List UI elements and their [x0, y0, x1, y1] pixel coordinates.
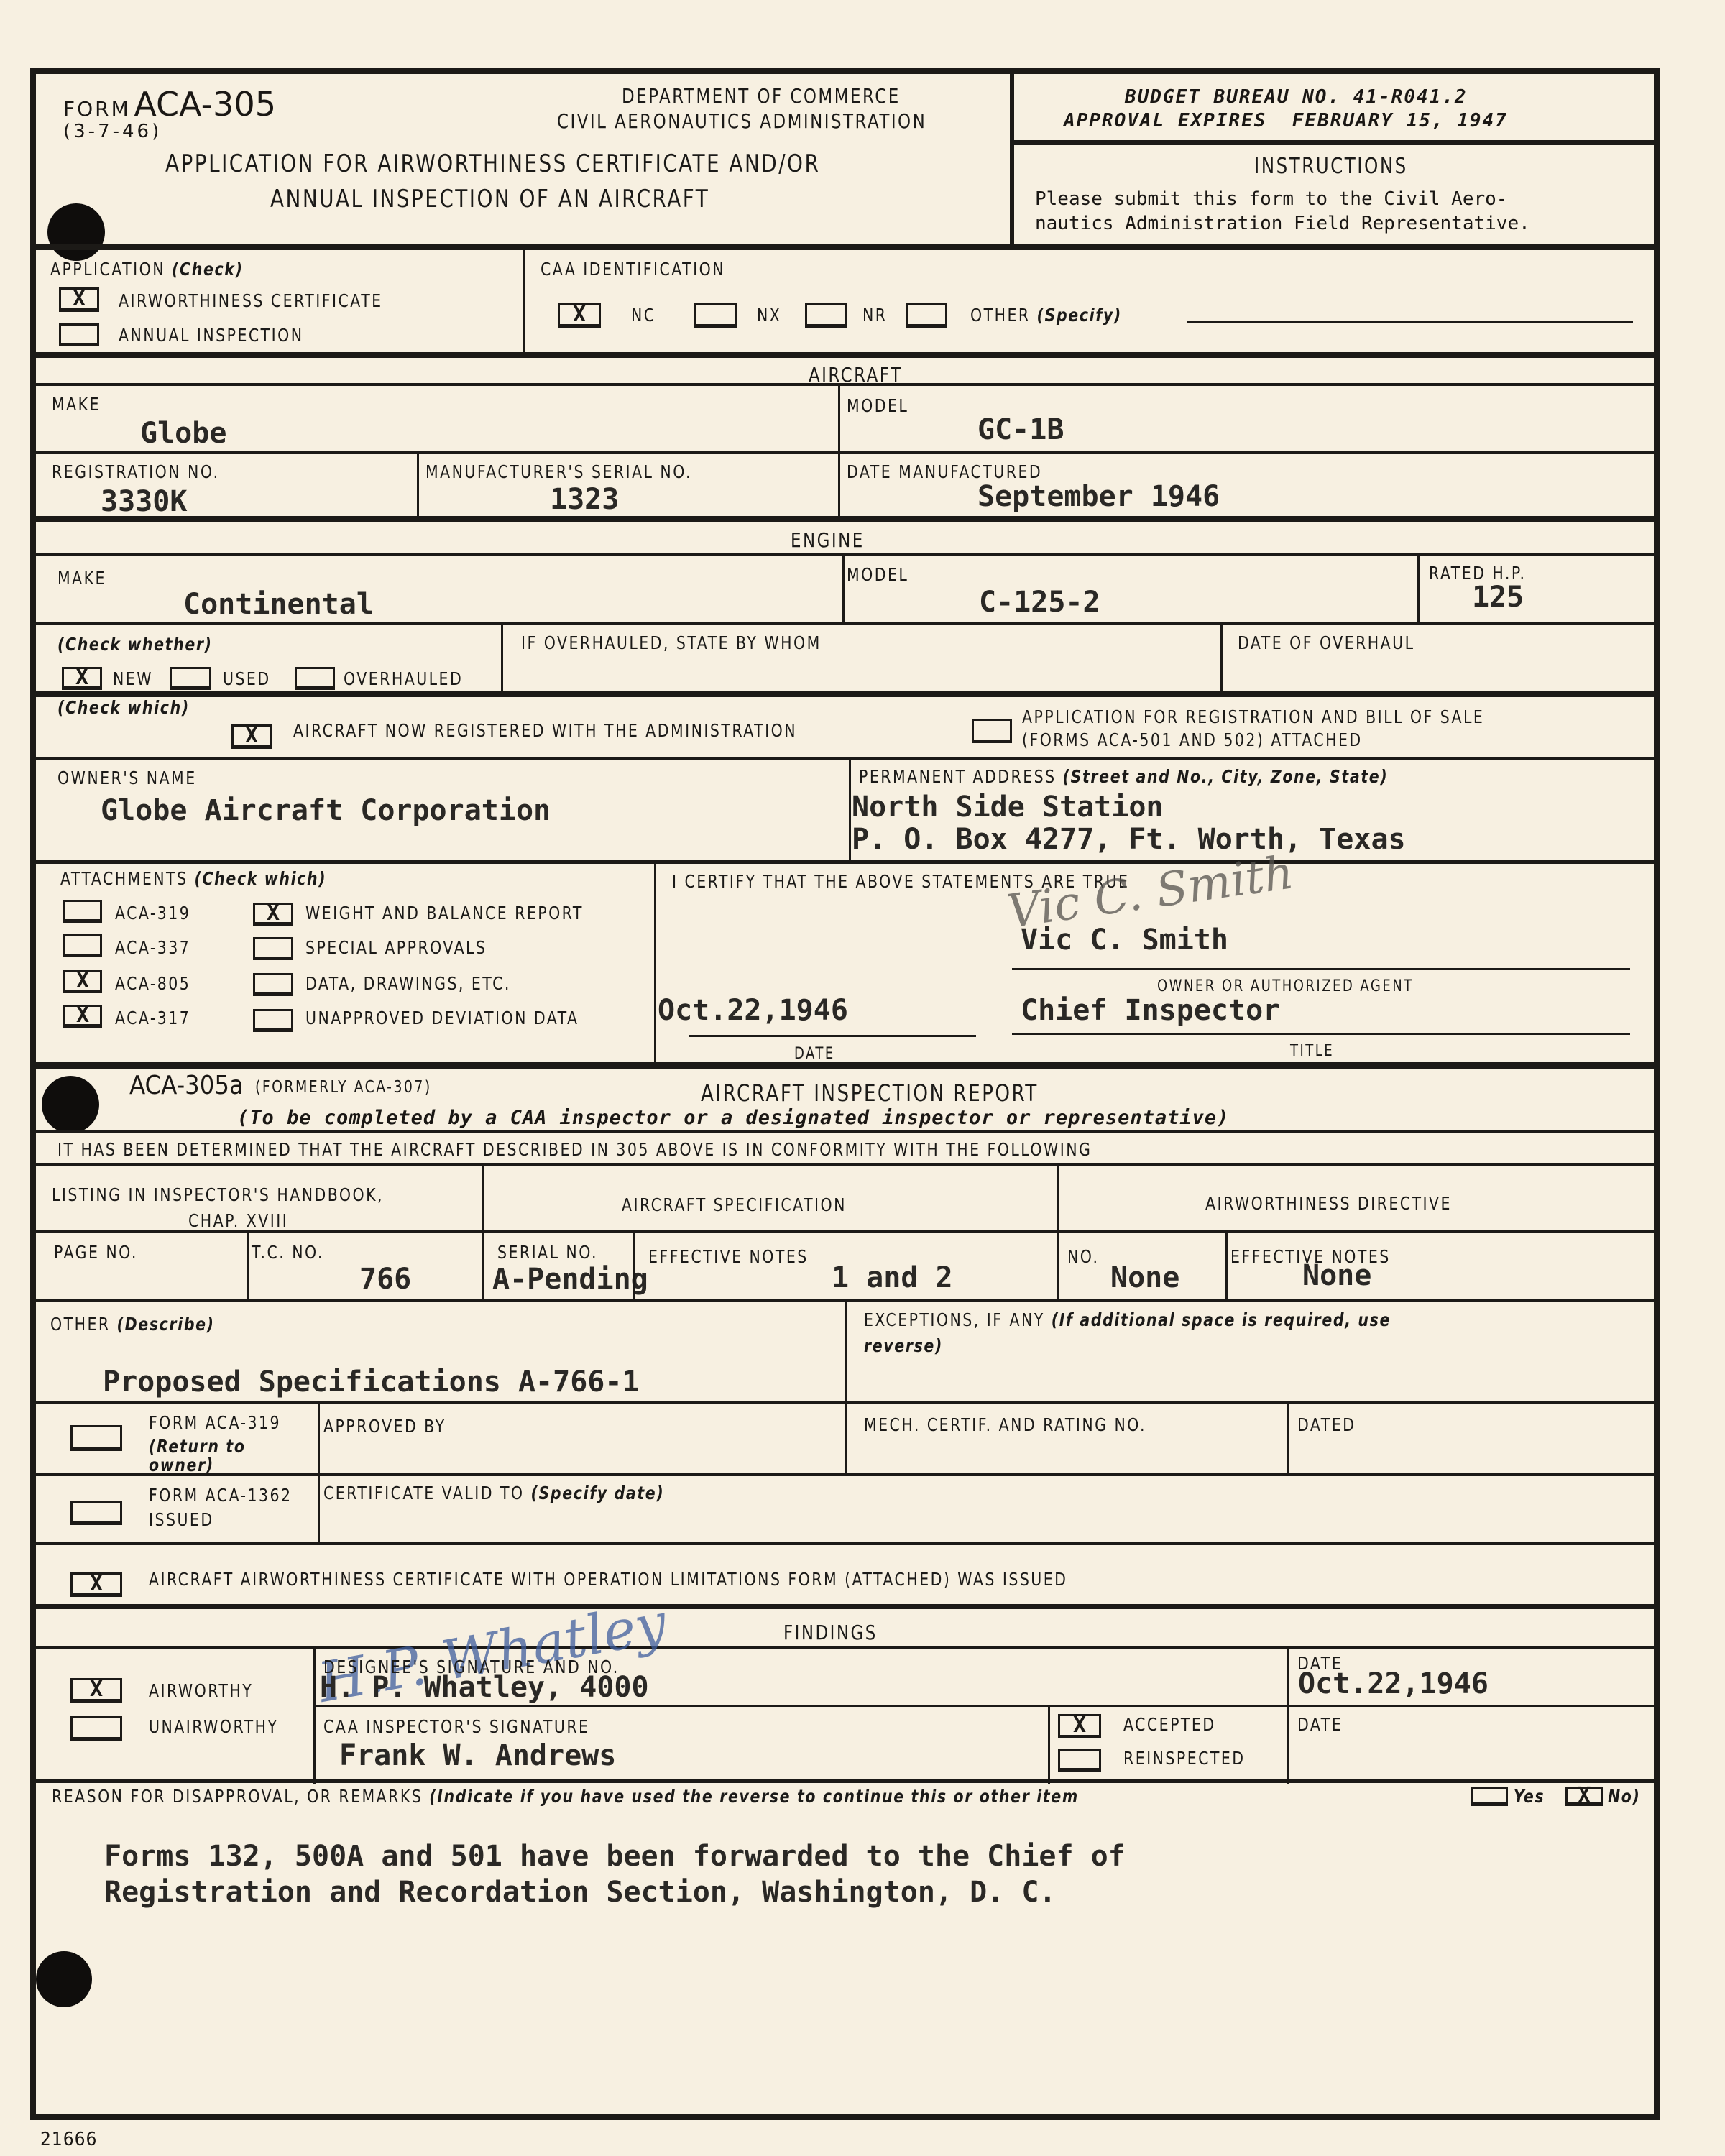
nr-label: NR: [862, 305, 888, 326]
divider: [30, 1401, 1660, 1404]
engine-section-title: ENGINE: [791, 528, 865, 552]
divider: [523, 248, 525, 356]
other-describe-value[interactable]: Proposed Specifications A-766-1: [103, 1365, 640, 1399]
application-attached-checkbox[interactable]: [972, 719, 1012, 743]
other-label: OTHER (Specify): [970, 305, 1122, 326]
divider: [30, 352, 1660, 358]
divider: [501, 623, 503, 695]
nx-checkbox[interactable]: [694, 303, 737, 328]
spec-effective-notes-label: EFFECTIVE NOTES: [648, 1246, 809, 1267]
tc-no-label: T.C. NO.: [252, 1242, 324, 1263]
approval-expires: APPROVAL EXPIRES FEBRUARY 15, 1947: [1064, 110, 1508, 132]
form-prefix: FORM: [63, 97, 131, 121]
annual-inspection-checkbox[interactable]: [59, 323, 99, 346]
instructions-line2: nautics Administration Field Representat…: [1035, 213, 1530, 234]
department-name: DEPARTMENT OF COMMERCE: [622, 84, 901, 108]
title-caption: TITLE: [1290, 1042, 1334, 1060]
new-label: NEW: [113, 668, 153, 689]
airworthiness-certificate-checkbox[interactable]: [59, 287, 99, 312]
owner-name-label: OWNER'S NAME: [57, 768, 197, 788]
attachment-aca-317-label: ACA-317: [115, 1008, 190, 1028]
airworthiness-directive-label: AIRWORTHINESS DIRECTIVE: [1205, 1193, 1452, 1214]
document-number: 21666: [40, 2129, 97, 2150]
divider: [30, 553, 1660, 556]
annual-inspection-label: ANNUAL INSPECTION: [119, 325, 304, 346]
overhauled-checkbox[interactable]: [295, 667, 335, 690]
airworthiness-certificate-label: AIRWORTHINESS CERTIFICATE: [119, 290, 383, 311]
divider: [1048, 1707, 1050, 1784]
certificate-issued-checkbox[interactable]: [70, 1572, 122, 1597]
punch-hole-bottom: [36, 1951, 92, 2007]
form-aca-1362-checkbox[interactable]: [70, 1501, 122, 1525]
engine-condition-label: (Check whether): [57, 634, 213, 655]
dated-label: DATED: [1297, 1414, 1356, 1435]
divider: [838, 384, 840, 451]
form-aca-319-return: (Return to: [149, 1436, 246, 1457]
form-aca-319-owner: owner): [149, 1455, 214, 1475]
certification-date-value[interactable]: Oct.22,1946: [658, 994, 848, 1027]
address-line1[interactable]: North Side Station: [852, 791, 1163, 824]
divider: [30, 1779, 1660, 1783]
aircraft-specification-label: AIRCRAFT SPECIFICATION: [622, 1194, 847, 1215]
date-manufactured-value[interactable]: September 1946: [977, 480, 1220, 513]
divider: [30, 757, 1660, 760]
inspection-report-subtitle: (To be completed by a CAA inspector or a…: [237, 1107, 1229, 1129]
tc-no-value[interactable]: 766: [359, 1263, 411, 1296]
exceptions-hint-line2: reverse): [864, 1335, 943, 1356]
permanent-address-label: PERMANENT ADDRESS (Street and No., City,…: [859, 766, 1388, 787]
divider: [1220, 623, 1223, 695]
attachment-aca-319-checkbox[interactable]: [63, 900, 102, 923]
certification-title-value[interactable]: Chief Inspector: [1021, 994, 1280, 1027]
overhaul-date-label: DATE OF OVERHAUL: [1238, 632, 1415, 653]
section-divider: [30, 1062, 1660, 1069]
administration-name: CIVIL AERONAUTICS ADMINISTRATION: [557, 109, 926, 133]
divider: [1287, 1647, 1289, 1784]
address-line2[interactable]: P. O. Box 4277, Ft. Worth, Texas: [852, 823, 1406, 856]
divider: [30, 1473, 1660, 1476]
manufacturer-serial-value[interactable]: 1323: [550, 483, 619, 516]
attachment-aca-805-checkbox[interactable]: [63, 970, 102, 993]
nc-label: NC: [631, 305, 656, 326]
attachment-aca-337-checkbox[interactable]: [63, 934, 102, 957]
engine-make-label: MAKE: [57, 568, 106, 589]
divider: [313, 1647, 316, 1784]
special-approvals-label: SPECIAL APPROVALS: [305, 937, 487, 958]
divider: [30, 1542, 1660, 1545]
inspection-form-formerly: (FORMERLY ACA-307): [255, 1078, 432, 1097]
overhauled-label: OVERHAULED: [344, 668, 463, 689]
owner-name-value[interactable]: Globe Aircraft Corporation: [101, 794, 551, 827]
nx-label: NX: [757, 305, 781, 326]
attachment-aca-317-checkbox[interactable]: [63, 1005, 102, 1028]
signer-name-value[interactable]: Vic C. Smith: [1021, 923, 1228, 957]
spec-effective-notes-value[interactable]: 1 and 2: [832, 1261, 953, 1294]
form-aca-319-checkbox[interactable]: [70, 1425, 122, 1451]
aircraft-registered-checkbox[interactable]: [231, 724, 272, 749]
directive-no-label: NO.: [1067, 1246, 1100, 1267]
divider: [1010, 68, 1014, 248]
divider: [849, 758, 851, 862]
airworthy-label: AIRWORTHY: [149, 1680, 253, 1701]
weight-balance-label: WEIGHT AND BALANCE REPORT: [305, 903, 584, 923]
punch-hole-top: [47, 203, 105, 261]
reinspected-label: REINSPECTED: [1123, 1748, 1246, 1769]
airworthy-checkbox[interactable]: [70, 1678, 122, 1703]
conformity-statement: IT HAS BEEN DETERMINED THAT THE AIRCRAFT…: [57, 1139, 1092, 1160]
form-number: FORM ACA-305: [63, 85, 276, 124]
directive-effective-notes-value[interactable]: None: [1302, 1259, 1371, 1292]
aircraft-model-value[interactable]: GC-1B: [977, 413, 1064, 446]
divider: [838, 453, 840, 517]
divider: [30, 451, 1660, 454]
divider: [30, 691, 1660, 697]
divider: [842, 555, 845, 623]
divider: [247, 1232, 249, 1301]
accepted-label: ACCEPTED: [1123, 1714, 1216, 1735]
divider: [654, 862, 656, 1064]
registration-status-label: (Check which): [57, 697, 190, 718]
used-label: USED: [223, 668, 271, 689]
divider: [30, 516, 1660, 522]
form-aca-1362-issued: ISSUED: [149, 1509, 214, 1530]
remarks-yes-checkbox[interactable]: [1471, 1787, 1508, 1806]
used-checkbox[interactable]: [170, 667, 211, 690]
inspector-date-label: DATE: [1297, 1714, 1343, 1735]
findings-section-title: FINDINGS: [783, 1621, 878, 1644]
divider: [1287, 1403, 1289, 1475]
divider: [30, 1130, 1660, 1133]
approved-by-label: APPROVED BY: [323, 1416, 446, 1437]
new-checkbox[interactable]: [62, 667, 102, 690]
remarks-line2[interactable]: Registration and Recordation Section, Wa…: [104, 1876, 1057, 1909]
remarks-label: REASON FOR DISAPPROVAL, OR REMARKS (Indi…: [52, 1786, 1079, 1807]
aircraft-make-value[interactable]: Globe: [140, 417, 226, 450]
other-checkbox[interactable]: [906, 303, 947, 328]
form-date: (3-7-46): [63, 121, 162, 142]
form-aca-319-label: FORM ACA-319: [149, 1412, 281, 1433]
engine-model-label: MODEL: [847, 564, 908, 585]
signer-caption: OWNER OR AUTHORIZED AGENT: [1157, 977, 1414, 995]
divider: [30, 383, 1660, 386]
form-number-value: ACA-305: [134, 85, 276, 124]
aircraft-make-label: MAKE: [52, 394, 101, 415]
divider: [845, 1301, 847, 1473]
caa-inspector-signature-label: CAA INSPECTOR'S SIGNATURE: [323, 1716, 589, 1737]
aircraft-registered-label: AIRCRAFT NOW REGISTERED WITH THE ADMINIS…: [293, 720, 797, 741]
signature-line: [1012, 968, 1630, 970]
form-aca-1362-label: FORM ACA-1362: [149, 1485, 292, 1506]
exceptions-label: EXCEPTIONS, IF ANY (If additional space …: [864, 1309, 1391, 1330]
rated-hp-value[interactable]: 125: [1472, 581, 1524, 614]
application-attached-line1: APPLICATION FOR REGISTRATION AND BILL OF…: [1022, 706, 1484, 727]
manufacturer-serial-label: MANUFACTURER'S SERIAL NO.: [425, 461, 692, 482]
overhauled-by-label: IF OVERHAULED, STATE BY WHOM: [521, 632, 822, 653]
inspection-form-number: ACA-305a: [129, 1071, 244, 1100]
certificate-valid-to-label: CERTIFICATE VALID TO (Specify date): [323, 1483, 664, 1503]
other-describe-label: OTHER (Describe): [50, 1314, 215, 1335]
remarks-no-label: No): [1608, 1786, 1641, 1807]
attachment-aca-337-label: ACA-337: [115, 937, 190, 958]
nc-checkbox[interactable]: [558, 303, 601, 328]
application-label: APPLICATION (Check): [50, 259, 244, 280]
divider: [1417, 555, 1420, 623]
title-line: [1012, 1033, 1630, 1035]
remarks-yes-label: Yes: [1514, 1786, 1545, 1807]
unapproved-deviation-checkbox[interactable]: [253, 1009, 293, 1032]
nr-checkbox[interactable]: [805, 303, 847, 328]
divider: [30, 1163, 1660, 1166]
listing-label-line1: LISTING IN INSPECTOR'S HANDBOOK,: [52, 1184, 384, 1205]
registration-value[interactable]: 3330K: [101, 485, 187, 518]
inspection-report-title: AIRCRAFT INSPECTION REPORT: [701, 1079, 1039, 1107]
form-title-line2: ANNUAL INSPECTION OF AN AIRCRAFT: [270, 185, 709, 213]
serial-no-value[interactable]: A-Pending: [492, 1263, 648, 1296]
divider: [30, 244, 1660, 250]
divider: [30, 1604, 1660, 1609]
registration-label: REGISTRATION NO.: [52, 461, 220, 482]
data-drawings-label: DATA, DRAWINGS, ETC.: [305, 973, 511, 994]
special-approvals-checkbox[interactable]: [253, 937, 293, 960]
directive-no-value[interactable]: None: [1110, 1261, 1179, 1294]
listing-label-line2: CHAP. XVIII: [188, 1210, 288, 1231]
engine-make-value[interactable]: Continental: [183, 588, 374, 621]
remarks-no-checkbox[interactable]: [1565, 1787, 1603, 1806]
instructions-line1: Please submit this form to the Civil Aer…: [1035, 188, 1507, 210]
page-no-label: PAGE NO.: [54, 1242, 138, 1263]
attachments-label: ATTACHMENTS (Check which): [60, 868, 326, 889]
designee-value[interactable]: H. P. Whatley, 4000: [320, 1671, 649, 1704]
unapproved-deviation-label: UNAPPROVED DEVIATION DATA: [305, 1008, 579, 1028]
punch-hole-middle: [42, 1076, 99, 1133]
date-line: [689, 1035, 976, 1037]
divider: [30, 1646, 1660, 1649]
accepted-checkbox[interactable]: [1058, 1714, 1101, 1738]
form-title-line1: APPLICATION FOR AIRWORTHINESS CERTIFICAT…: [165, 149, 820, 178]
divider: [1010, 140, 1660, 145]
other-specify-input[interactable]: [1187, 321, 1633, 323]
divider: [30, 860, 1660, 864]
weight-balance-checkbox[interactable]: [253, 903, 293, 926]
certificate-issued-label: AIRCRAFT AIRWORTHINESS CERTIFICATE WITH …: [149, 1569, 1067, 1590]
instructions-title: INSTRUCTIONS: [1254, 154, 1408, 179]
serial-no-label: SERIAL NO.: [497, 1242, 598, 1263]
data-drawings-checkbox[interactable]: [253, 973, 293, 996]
unairworthy-label: UNAIRWORTHY: [149, 1716, 279, 1737]
caa-inspector-value[interactable]: Frank W. Andrews: [339, 1739, 616, 1772]
divider: [30, 622, 1660, 625]
application-attached-line2: (FORMS ACA-501 AND 502) ATTACHED: [1022, 729, 1363, 750]
remarks-line1[interactable]: Forms 132, 500A and 501 have been forwar…: [104, 1840, 1126, 1873]
aircraft-model-label: MODEL: [847, 395, 908, 416]
divider: [313, 1705, 1660, 1707]
date-manufactured-label: DATE MANUFACTURED: [847, 461, 1042, 482]
designee-date-value[interactable]: Oct.22,1946: [1298, 1667, 1489, 1700]
budget-bureau-number: BUDGET BUREAU NO. 41-R041.2: [1125, 86, 1468, 108]
divider: [632, 1232, 635, 1301]
caa-identification-label: CAA IDENTIFICATION: [540, 259, 725, 280]
divider: [30, 1230, 1660, 1233]
attachment-aca-805-label: ACA-805: [115, 973, 190, 994]
unairworthy-checkbox[interactable]: [70, 1716, 122, 1741]
divider: [417, 453, 419, 517]
reinspected-checkbox[interactable]: [1058, 1749, 1101, 1772]
divider: [1225, 1232, 1228, 1301]
attachment-aca-319-label: ACA-319: [115, 903, 190, 923]
mech-cert-label: MECH. CERTIF. AND RATING NO.: [864, 1414, 1146, 1435]
engine-model-value[interactable]: C-125-2: [979, 586, 1100, 619]
date-caption: DATE: [794, 1045, 835, 1063]
